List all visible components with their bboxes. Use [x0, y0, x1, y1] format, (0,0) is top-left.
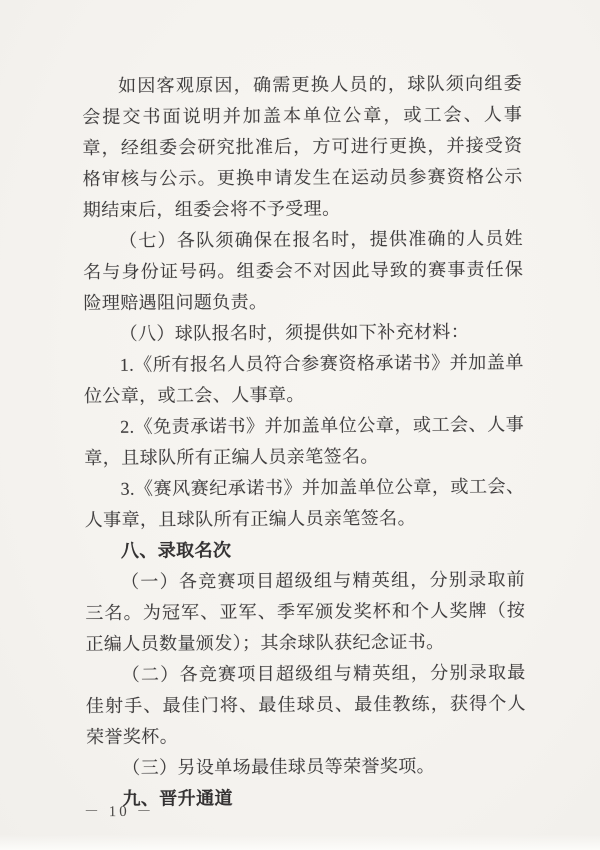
paragraph-material-2: 2.《免责承诺书》并加盖单位公章，或工会、人事章，且球队所有正编人员亲笔签名。: [84, 409, 524, 474]
paragraph-material-1: 1.《所有报名人员符合参赛资格承诺书》并加盖单位公章，或工会、人事章。: [84, 347, 524, 412]
paragraph-replacement-policy: 如因客观原因，确需更换人员的，球队须向组委会提交书面说明并加盖本单位公章，或工会…: [82, 68, 523, 226]
section-heading-8-rankings: 八、录取名次: [85, 533, 525, 567]
paragraph-item-7-identity-info: （七）各队须确保在报名时，提供准确的人员姓名与身份证号码。组委会不对因此导致的赛…: [83, 223, 524, 319]
paragraph-awards-individual: （二）各竞赛项目超级组与精英组，分别录取最佳射手、最佳门将、最佳球员、最佳教练，…: [86, 657, 527, 753]
paragraph-item-8-materials: （八）球队报名时，须提供如下补充材料：: [84, 316, 524, 350]
scanned-document-page: 如因客观原因，确需更换人员的，球队须向组委会提交书面说明并加盖本单位公章，或工会…: [0, 0, 600, 850]
page-number: － 10 －: [84, 800, 155, 821]
paragraph-awards-top3: （一）各竞赛项目超级组与精英组，分别录取前三名。为冠军、亚军、季军颁发奖杯和个人…: [85, 564, 526, 660]
document-body: 如因客观原因，确需更换人员的，球队须向组委会提交书面说明并加盖本单位公章，或工会…: [82, 68, 527, 815]
paragraph-awards-single-match: （三）另设单场最佳球员等荣誉奖项。: [86, 750, 526, 784]
paragraph-material-3: 3.《赛风赛纪承诺书》并加盖单位公章，或工会、人事章，且球队所有正编人员亲笔签名…: [84, 471, 524, 536]
